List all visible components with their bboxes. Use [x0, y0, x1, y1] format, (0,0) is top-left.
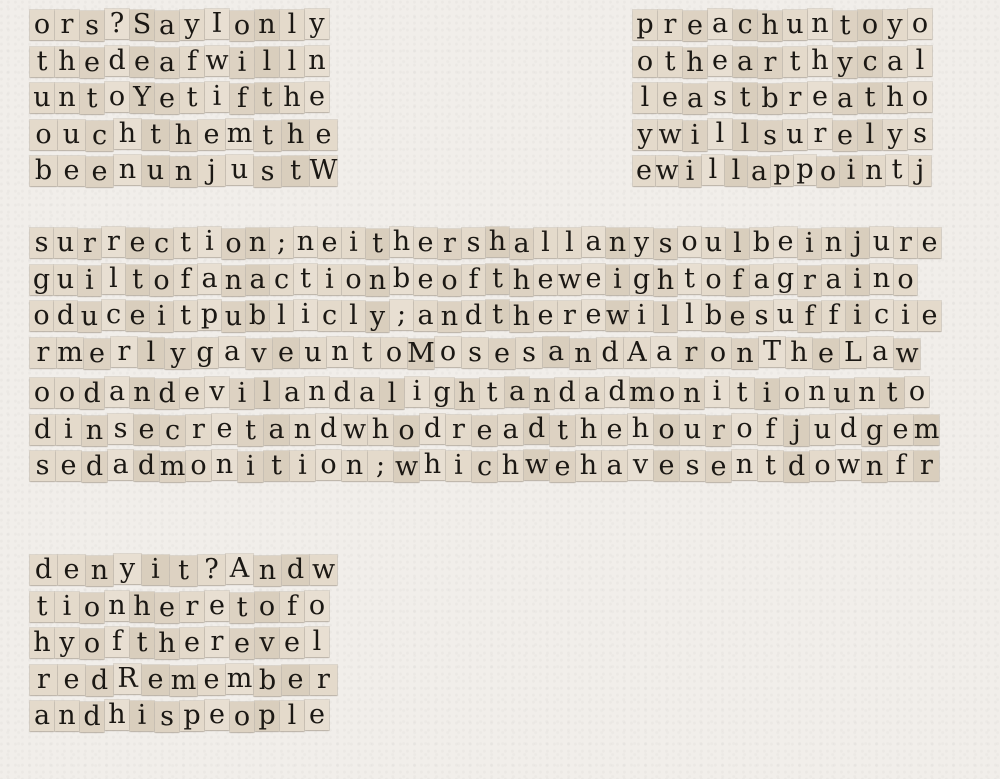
letter-tile: n — [105, 591, 129, 621]
letter-tile: o — [222, 229, 245, 259]
letter-tile: t — [30, 47, 54, 77]
letter-tile: e — [310, 120, 337, 150]
right-top-line: leastbreatho — [633, 81, 943, 115]
letter-tile: d — [605, 377, 629, 407]
letter-tile: b — [30, 156, 57, 186]
letter-tile: l — [305, 627, 329, 657]
letter-tile: i — [405, 377, 429, 407]
letter-tile: h — [758, 11, 782, 41]
letter-tile: l — [270, 301, 293, 331]
letter-tile: w — [656, 156, 678, 186]
letter-tile: o — [381, 338, 407, 368]
letter-tile: o — [817, 157, 839, 187]
letter-tile: u — [222, 302, 245, 332]
letter-tile: n — [808, 9, 832, 39]
letter-tile: e — [84, 339, 110, 369]
letter-tile: p — [633, 10, 657, 40]
letter-tile: p — [255, 701, 279, 731]
letter-tile: e — [155, 593, 179, 623]
letter-tile: a — [355, 378, 379, 408]
letter-tile: a — [708, 9, 732, 39]
letter-tile: y — [55, 628, 79, 658]
letter-tile: r — [894, 228, 917, 258]
letter-tile: o — [633, 47, 657, 77]
letter-tile: u — [226, 155, 253, 185]
letter-tile: o — [105, 82, 129, 112]
letter-tile: l — [733, 120, 757, 150]
letter-tile: h — [576, 415, 601, 445]
letter-tile: a — [867, 337, 893, 367]
letter-tile: h — [498, 451, 523, 481]
letter-tile: c — [858, 47, 882, 77]
letter-tile: t — [30, 592, 54, 622]
letter-tile: w — [524, 450, 549, 480]
letter-tile: t — [880, 378, 904, 408]
letter-tile: a — [602, 451, 627, 481]
letter-tile: a — [543, 337, 569, 367]
letter-tile: o — [705, 338, 731, 368]
letter-tile: n — [863, 156, 885, 186]
letter-tile: a — [733, 47, 757, 77]
letter-tile: m — [630, 378, 654, 408]
left-top-line: untoYetifthe — [30, 81, 338, 115]
letter-tile: r — [180, 592, 204, 622]
letter-tile: o — [654, 415, 679, 445]
letter-tile: o — [316, 450, 341, 480]
letter-tile: s — [516, 338, 542, 368]
letter-tile: u — [300, 338, 326, 368]
letter-tile: i — [755, 379, 779, 409]
letter-tile: i — [342, 228, 365, 258]
letter-tile: n — [822, 228, 845, 258]
letter-tile: h — [282, 120, 309, 150]
letter-tile: n — [855, 378, 879, 408]
letter-tile: u — [78, 302, 101, 332]
letter-tile: y — [165, 339, 191, 369]
letter-tile: e — [658, 83, 682, 113]
letter-tile: e — [708, 46, 732, 76]
letter-tile: o — [230, 702, 254, 732]
letter-tile: s — [758, 121, 782, 151]
letter-tile: i — [130, 701, 154, 731]
letter-tile: i — [894, 301, 917, 331]
letter-tile: d — [54, 301, 77, 331]
letter-tile: e — [534, 301, 557, 331]
letter-tile: n — [438, 302, 461, 332]
letter-tile: n — [680, 379, 704, 409]
letter-tile: t — [255, 83, 279, 113]
letter-tile: l — [102, 264, 125, 294]
letter-tile: d — [555, 378, 579, 408]
letter-tile: o — [30, 301, 53, 331]
letter-tile: h — [628, 414, 653, 444]
letter-tile: ; — [270, 228, 293, 258]
letter-tile: i — [446, 451, 471, 481]
letter-tile: r — [186, 415, 211, 445]
letter-tile: l — [255, 47, 279, 77]
letter-tile: l — [858, 120, 882, 150]
letter-tile: o — [30, 378, 54, 408]
letter-tile: u — [830, 379, 854, 409]
letter-tile: e — [582, 264, 605, 294]
letter-tile: d — [80, 702, 104, 732]
letter-tile: u — [810, 415, 835, 445]
letter-tile: u — [680, 415, 705, 445]
letter-tile: e — [205, 700, 229, 730]
letter-tile: w — [658, 120, 682, 150]
letter-tile: e — [58, 156, 85, 186]
letter-tile: h — [786, 338, 812, 368]
letter-tile: o — [908, 9, 932, 39]
letter-tile: o — [150, 266, 173, 296]
letter-tile: n — [305, 377, 329, 407]
letter-tile: n — [606, 228, 629, 258]
letter-tile: e — [582, 300, 605, 330]
letter-tile: s — [462, 228, 485, 258]
letter-tile: f — [798, 302, 821, 332]
letter-tile: d — [80, 379, 104, 409]
letter-tile: f — [230, 84, 254, 114]
left-bottom-line: hyoftherevel — [30, 626, 338, 660]
letter-tile: d — [330, 378, 354, 408]
letter-tile: A — [226, 554, 253, 584]
letter-tile: o — [30, 120, 57, 150]
letter-tile: r — [30, 338, 56, 368]
letter-tile: e — [86, 157, 113, 187]
letter-tile: a — [155, 11, 179, 41]
letter-tile: e — [414, 265, 437, 295]
letter-tile: e — [318, 228, 341, 258]
letter-tile: a — [414, 301, 437, 331]
letter-tile: i — [290, 451, 315, 481]
letter-tile: n — [570, 339, 596, 369]
letter-tile: a — [108, 450, 133, 480]
letter-tile: p — [180, 701, 204, 731]
letter-tile: d — [105, 46, 129, 76]
letter-tile: i — [840, 156, 862, 186]
letter-tile: n — [327, 337, 353, 367]
letter-tile: s — [80, 11, 104, 41]
letter-tile: s — [108, 414, 133, 444]
letter-tile: t — [480, 378, 504, 408]
letter-tile: i — [78, 266, 101, 296]
letter-tile: m — [160, 452, 185, 482]
letter-tile: e — [198, 120, 225, 150]
letter-tile: i — [230, 48, 254, 78]
letter-tile: o — [80, 629, 104, 659]
letter-tile: t — [230, 593, 254, 623]
letter-tile: e — [198, 665, 225, 695]
letter-tile: l — [678, 300, 701, 330]
letter-tile: a — [748, 157, 770, 187]
letter-tile: o — [732, 414, 757, 444]
letter-tile: h — [654, 266, 677, 296]
letter-tile: r — [706, 416, 731, 446]
letter-tile: f — [280, 592, 304, 622]
letter-tile: e — [155, 84, 179, 114]
letter-tile: h — [155, 629, 179, 659]
letter-tile: e — [58, 665, 85, 695]
letter-tile: n — [294, 227, 317, 257]
letter-tile: u — [783, 10, 807, 40]
letter-tile: e — [654, 451, 679, 481]
letter-tile: t — [126, 265, 149, 295]
letter-tile: y — [883, 10, 907, 40]
letter-tile: e — [56, 451, 81, 481]
letter-tile: e — [683, 11, 707, 41]
letter-tile: e — [706, 452, 731, 482]
letter-tile: r — [438, 229, 461, 259]
letter-tile: a — [822, 265, 845, 295]
letter-tile: n — [870, 264, 893, 294]
letter-tile: p — [198, 300, 221, 330]
letter-tile: o — [55, 378, 79, 408]
letter-tile: ? — [198, 555, 225, 585]
letter-tile: c — [733, 10, 757, 40]
letter-tile: o — [30, 10, 54, 40]
letter-tile: b — [254, 666, 281, 696]
letter-tile: n — [114, 155, 141, 185]
letter-tile: i — [705, 377, 729, 407]
letter-tile: m — [226, 119, 253, 149]
letter-tile: a — [505, 377, 529, 407]
letter-tile: e — [273, 338, 299, 368]
right-top-line: ywillsurelys — [633, 118, 943, 152]
letter-tile: e — [212, 414, 237, 444]
letter-tile: n — [732, 339, 758, 369]
letter-tile: u — [142, 156, 169, 186]
letter-tile: r — [808, 119, 832, 149]
letter-tile: t — [733, 83, 757, 113]
crossbar-line: dinsecretandwhodreadthehourofjudgem — [30, 413, 943, 447]
letter-tile: e — [726, 302, 749, 332]
letter-tile: e — [180, 378, 204, 408]
letter-tile: h — [486, 227, 509, 257]
letter-tile: e — [489, 339, 515, 369]
letter-tile: a — [883, 47, 907, 77]
letter-tile: u — [783, 120, 807, 150]
letter-tile: a — [105, 377, 129, 407]
letter-tile: e — [918, 228, 941, 258]
letter-tile: l — [342, 301, 365, 331]
letter-tile: g — [774, 264, 797, 294]
right-top-line: othearthycal — [633, 45, 943, 79]
letter-tile: h — [883, 83, 907, 113]
letter-tile: d — [134, 451, 159, 481]
letter-tile: r — [78, 229, 101, 259]
letter-tile: l — [534, 228, 557, 258]
letter-tile: r — [102, 227, 125, 257]
letter-tile: t — [758, 451, 783, 481]
left-top-line: ouchthemthe — [30, 118, 338, 152]
letter-tile: e — [142, 665, 169, 695]
letter-tile: l — [558, 228, 581, 258]
letter-tile: l — [654, 302, 677, 332]
letter-tile: S — [130, 10, 154, 40]
letter-tile: M — [408, 339, 434, 369]
letter-tile: t — [130, 628, 154, 658]
letter-tile: h — [576, 451, 601, 481]
letter-tile: s — [30, 451, 55, 481]
letter-tile: s — [654, 229, 677, 259]
letter-tile: h — [114, 119, 141, 149]
letter-tile: a — [280, 378, 304, 408]
letter-tile: m — [914, 415, 939, 445]
letter-tile: i — [294, 300, 317, 330]
letter-tile: y — [305, 9, 329, 39]
letter-tile: f — [758, 415, 783, 445]
letter-tile: n — [130, 378, 154, 408]
letter-tile: o — [186, 451, 211, 481]
letter-tile: v — [628, 450, 653, 480]
letter-tile: n — [342, 451, 367, 481]
letter-tile: w — [205, 46, 229, 76]
letter-tile: e — [472, 416, 497, 446]
letter-tile: o — [810, 451, 835, 481]
letter-tile: t — [254, 121, 281, 151]
letter-tile: o — [230, 11, 254, 41]
letter-tile: s — [680, 451, 705, 481]
crossbar-line: oodandevilandalightandadmonitionunto — [30, 376, 943, 410]
letter-tile: r — [310, 665, 337, 695]
crossbar-line: oduceitpublicly;andtherewillbesufficie — [30, 299, 943, 333]
letter-tile: l — [708, 119, 732, 149]
letter-tile: j — [909, 156, 931, 186]
letter-tile: n — [862, 452, 887, 482]
letter-tile: i — [846, 301, 869, 331]
letter-tile: f — [105, 627, 129, 657]
letter-tile: t — [294, 264, 317, 294]
letter-tile: e — [808, 82, 832, 112]
letter-tile: n — [805, 377, 829, 407]
letter-tile: o — [80, 593, 104, 623]
letter-tile: t — [170, 556, 197, 586]
letter-tile: h — [130, 592, 154, 622]
letter-tile: r — [678, 338, 704, 368]
letter-tile: e — [134, 415, 159, 445]
letter-tile: b — [390, 264, 413, 294]
letter-tile: r — [798, 266, 821, 296]
letter-tile: u — [58, 120, 85, 150]
letter-tile: e — [205, 591, 229, 621]
letter-tile: a — [651, 337, 677, 367]
letter-tile: s — [254, 157, 281, 187]
letter-tile: g — [430, 378, 454, 408]
letter-tile: e — [888, 415, 913, 445]
letter-tile: h — [170, 121, 197, 151]
letter-tile: n — [732, 450, 757, 480]
letter-tile: l — [726, 229, 749, 259]
letter-tile: w — [558, 265, 581, 295]
letter-tile: n — [86, 556, 113, 586]
letter-tile: d — [316, 414, 341, 444]
letter-tile: e — [534, 265, 557, 295]
letter-tile: d — [30, 415, 55, 445]
crossbar-line: sedadmonition;whichwehavesentdownfr — [30, 449, 943, 483]
right-top-line: preachuntoyo — [633, 8, 943, 42]
letter-tile: t — [678, 264, 701, 294]
letter-tile: m — [226, 664, 253, 694]
letter-tile: i — [142, 555, 169, 585]
left-top-line: ors?SayIonly — [30, 8, 338, 42]
letter-tile: t — [486, 300, 509, 330]
letter-tile: t — [264, 451, 289, 481]
letter-tile: g — [30, 265, 53, 295]
letter-tile: w — [342, 415, 367, 445]
letter-tile: l — [280, 10, 304, 40]
letter-tile: d — [420, 414, 445, 444]
letter-tile: h — [390, 227, 413, 257]
letter-tile: r — [446, 415, 471, 445]
letter-tile: w — [894, 339, 920, 369]
letter-tile: s — [155, 702, 179, 732]
left-top-line: beenunjustW — [30, 154, 338, 188]
letter-tile: e — [282, 665, 309, 695]
letter-tile: o — [342, 265, 365, 295]
letter-tile: f — [180, 47, 204, 77]
letter-tile: t — [366, 229, 389, 259]
left-bottom-line: denyit?Andw — [30, 553, 338, 587]
letter-tile: a — [198, 264, 221, 294]
letter-tile: s — [908, 119, 932, 149]
letter-tile: o — [655, 378, 679, 408]
letter-tile: l — [380, 379, 404, 409]
letter-tile: a — [264, 415, 289, 445]
letter-tile: a — [582, 227, 605, 257]
letter-tile: d — [155, 379, 179, 409]
letter-tile: n — [170, 157, 197, 187]
letter-tile: e — [918, 301, 941, 331]
letter-tile: e — [230, 629, 254, 659]
letter-tile: y — [883, 120, 907, 150]
letter-tile: h — [368, 415, 393, 445]
letter-tile: t — [80, 84, 104, 114]
letter-tile: v — [246, 339, 272, 369]
letter-tile: t — [180, 83, 204, 113]
letter-tile: w — [606, 301, 629, 331]
letter-tile: y — [114, 554, 141, 584]
letter-tile: l — [702, 155, 724, 185]
letter-tile: p — [794, 155, 816, 185]
letter-tile: d — [82, 452, 107, 482]
letter-tile: h — [55, 47, 79, 77]
letter-tile: t — [783, 47, 807, 77]
letter-tile: n — [255, 10, 279, 40]
letter-tile: d — [784, 452, 809, 482]
left-top-line: thedeafwilln — [30, 45, 338, 79]
letter-tile: a — [155, 48, 179, 78]
letter-tile: t — [174, 301, 197, 331]
letter-tile: r — [758, 48, 782, 78]
letter-tile: r — [205, 627, 229, 657]
letter-tile: e — [602, 415, 627, 445]
letter-tile: j — [784, 416, 809, 446]
letter-tile: t — [886, 155, 908, 185]
letter-tile: i — [679, 157, 701, 187]
letter-tile: I — [205, 9, 229, 39]
letter-tile: i — [846, 265, 869, 295]
letter-tile: Y — [130, 83, 154, 113]
letter-tile: f — [726, 266, 749, 296]
letter-tile: a — [498, 415, 523, 445]
letter-tile: c — [102, 300, 125, 330]
letter-tile: l — [255, 378, 279, 408]
letter-tile: i — [683, 121, 707, 151]
letter-tile: r — [30, 665, 57, 695]
letter-tile: o — [394, 416, 419, 446]
letter-tile: o — [905, 377, 929, 407]
letter-tile: h — [280, 83, 304, 113]
